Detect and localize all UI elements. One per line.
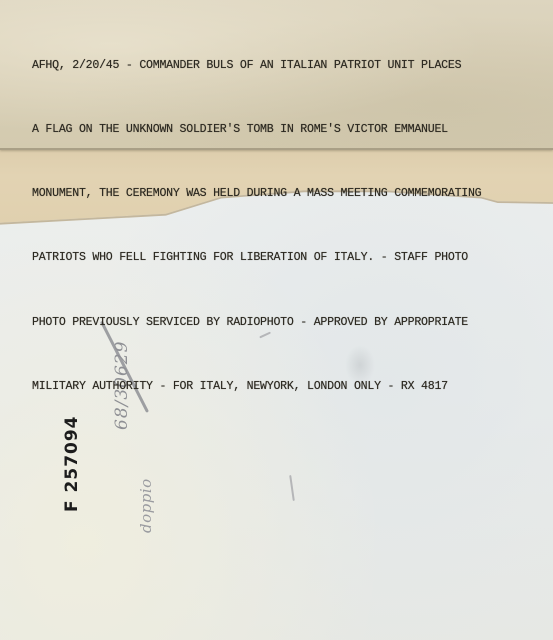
handwritten-note: doppio [137,478,155,533]
typewritten-caption-slip: AFHQ, 2/20/45 - COMMANDER BULS OF AN ITA… [0,0,553,150]
pencil-scratch-mark [289,475,295,501]
caption-line-2: A FLAG ON THE UNKNOWN SOLDIER'S TOMB IN … [32,119,553,140]
caption-line-6: MILITARY AUTHORITY - FOR ITALY, NEWYORK,… [32,376,553,397]
caption-line-5: PHOTO PREVIOUSLY SERVICED BY RADIOPHOTO … [32,312,553,333]
caption-line-3: MONUMENT, THE CEREMONY WAS HELD DURING A… [32,183,553,204]
photo-back-page: AFHQ, 2/20/45 - COMMANDER BULS OF AN ITA… [0,0,553,640]
caption-text: AFHQ, 2/20/45 - COMMANDER BULS OF AN ITA… [32,12,553,440]
caption-line-1: AFHQ, 2/20/45 - COMMANDER BULS OF AN ITA… [32,55,553,76]
caption-line-4: PATRIOTS WHO FELL FIGHTING FOR LIBERATIO… [32,247,553,268]
